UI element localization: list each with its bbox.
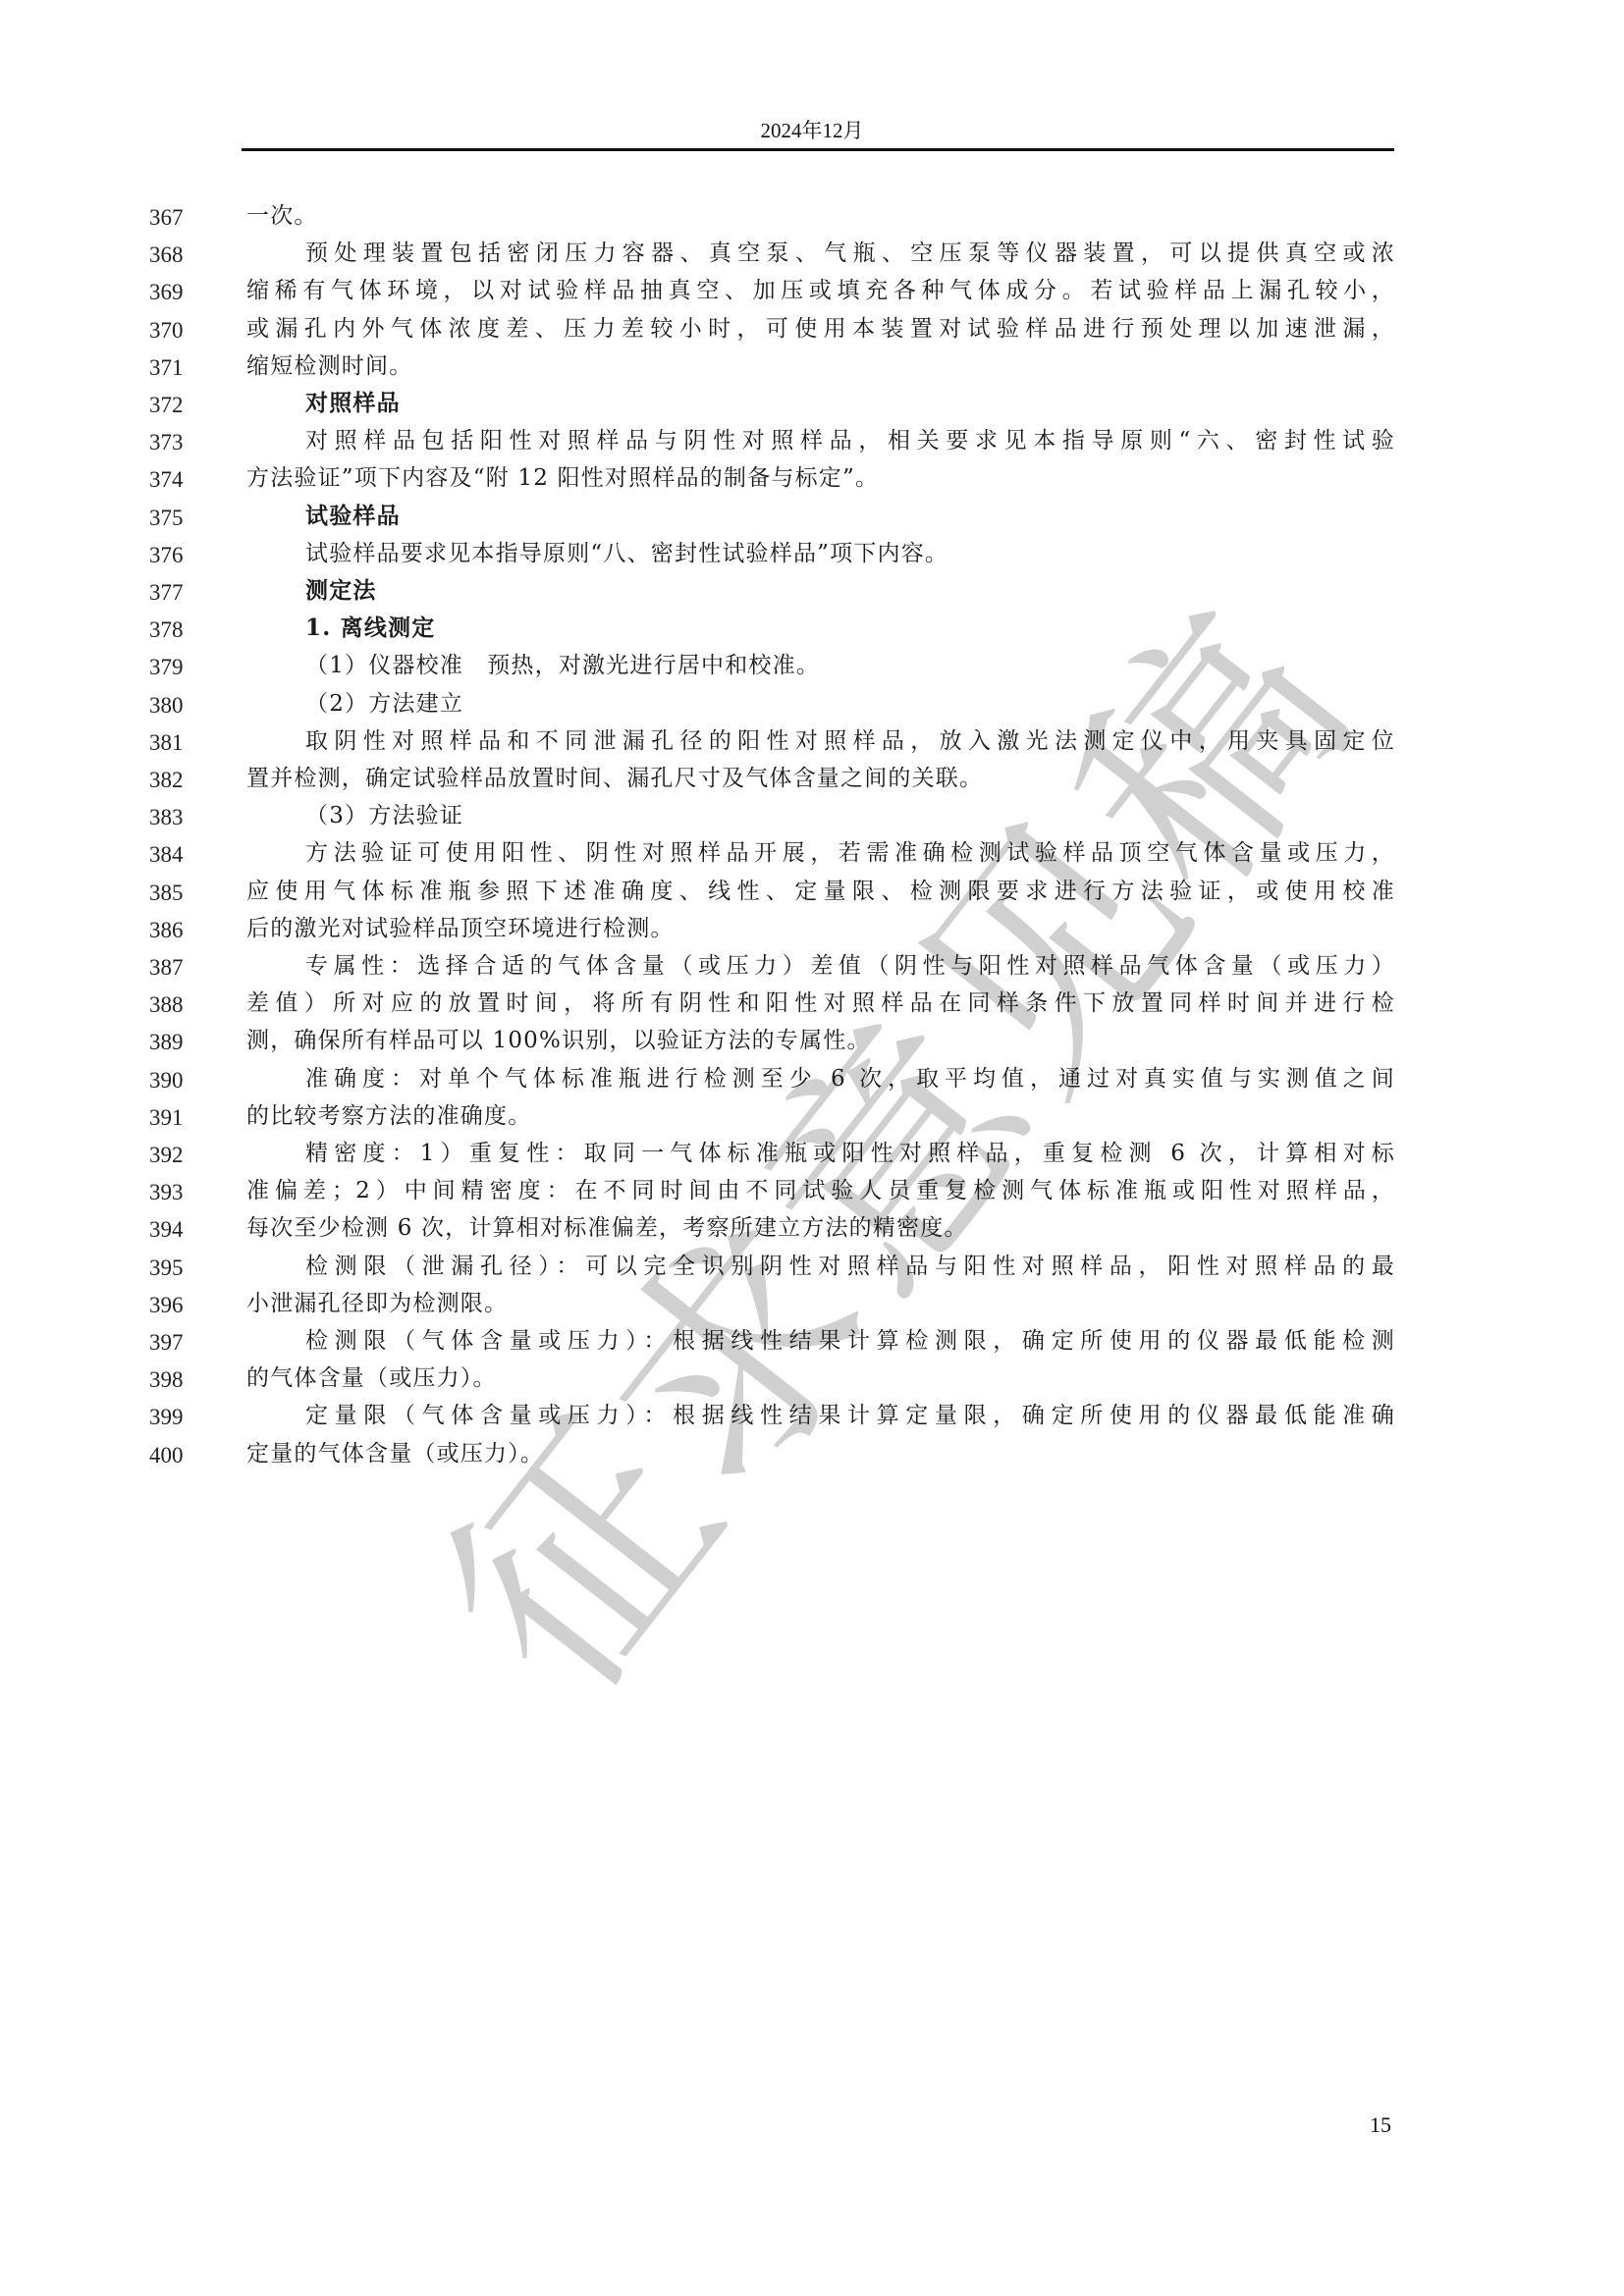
line-number: 379	[149, 655, 208, 680]
paragraph-text: 专属性：选择合适的气体含量（或压力）差值（阴性与阳性对照样品气体含量（或压力）	[305, 949, 1395, 983]
paragraph-text: 小泄漏孔径即为检测限。	[246, 1287, 1395, 1320]
line-number: 396	[149, 1293, 208, 1318]
line-number: 389	[149, 1030, 208, 1055]
document-line: 381取阴性对照样品和不同泄漏孔径的阳性对照样品，放入激光法测定仪中，用夹具固定…	[0, 724, 1624, 764]
document-line: 387专属性：选择合适的气体含量（或压力）差值（阴性与阳性对照样品气体含量（或压…	[0, 949, 1624, 988]
line-number: 371	[149, 355, 208, 381]
paragraph-text: 应使用气体标准瓶参照下述准确度、线性、定量限、检测限要求进行方法验证，或使用校准	[246, 875, 1395, 908]
document-line: 394每次至少检测 6 次，计算相对标准偏差，考察所建立方法的精密度。	[0, 1211, 1624, 1251]
section-heading: 对照样品	[305, 387, 1395, 420]
paragraph-text: 定量限（气体含量或压力）：根据线性结果计算定量限，确定所使用的仪器最低能准确	[305, 1399, 1395, 1432]
paragraph-text: （3）方法验证	[305, 799, 1395, 832]
line-number: 385	[149, 881, 208, 906]
line-number: 392	[149, 1143, 208, 1168]
document-line: 3781. 离线测定	[0, 612, 1624, 651]
paragraph-text: 或漏孔内外气体浓度差、压力差较小时，可使用本装置对试验样品进行预处理以加速泄漏，	[246, 312, 1395, 346]
line-number: 388	[149, 992, 208, 1018]
section-heading: 1. 离线测定	[305, 612, 1395, 645]
document-line: 382置并检测，确定试验样品放置时间、漏孔尺寸及气体含量之间的关联。	[0, 762, 1624, 801]
line-number: 393	[149, 1180, 208, 1205]
line-number: 381	[149, 730, 208, 756]
document-line: 376试验样品要求见本指导原则“八、密封性试验样品”项下内容。	[0, 537, 1624, 576]
line-number: 398	[149, 1367, 208, 1393]
document-line: 372对照样品	[0, 387, 1624, 426]
line-number: 394	[149, 1217, 208, 1243]
paragraph-text: 对照样品包括阳性对照样品与阴性对照样品，相关要求见本指导原则“六、密封性试验	[305, 424, 1395, 457]
line-number: 383	[149, 805, 208, 830]
paragraph-text: 取阴性对照样品和不同泄漏孔径的阳性对照样品，放入激光法测定仪中，用夹具固定位	[305, 724, 1395, 758]
section-heading: 试验样品	[305, 500, 1395, 533]
paragraph-text: 的比较考察方法的准确度。	[246, 1099, 1395, 1133]
document-line: 369缩稀有气体环境，以对试验样品抽真空、加压或填充各种气体成分。若试验样品上漏…	[0, 274, 1624, 313]
paragraph-text: 方法验证可使用阳性、阴性对照样品开展，若需准确检测试验样品顶空气体含量或压力，	[305, 836, 1395, 870]
line-number: 380	[149, 693, 208, 719]
document-line: 389测，确保所有样品可以 100%识别，以验证方法的专属性。	[0, 1024, 1624, 1063]
line-number: 387	[149, 955, 208, 981]
paragraph-text: 定量的气体含量（或压力）。	[246, 1437, 1395, 1470]
paragraph-text: 方法验证”项下内容及“附 12 阳性对照样品的制备与标定”。	[246, 461, 1395, 495]
line-number: 374	[149, 467, 208, 493]
paragraph-text: 测，确保所有样品可以 100%识别，以验证方法的专属性。	[246, 1024, 1395, 1057]
document-line: 379（1）仪器校准 预热，对激光进行居中和校准。	[0, 649, 1624, 688]
document-line: 374方法验证”项下内容及“附 12 阳性对照样品的制备与标定”。	[0, 461, 1624, 501]
page-header-date: 2024年12月	[0, 115, 1624, 144]
line-number: 384	[149, 842, 208, 868]
document-line: 397检测限（气体含量或压力）：根据线性结果计算检测限，确定所使用的仪器最低能检…	[0, 1324, 1624, 1363]
document-line: 384方法验证可使用阳性、阴性对照样品开展，若需准确检测试验样品顶空气体含量或压…	[0, 836, 1624, 876]
line-number: 395	[149, 1255, 208, 1281]
document-line: 373对照样品包括阳性对照样品与阴性对照样品，相关要求见本指导原则“六、密封性试…	[0, 424, 1624, 463]
line-number: 391	[149, 1105, 208, 1131]
paragraph-text: 检测限（泄漏孔径）：可以完全识别阴性对照样品与阳性对照样品，阳性对照样品的最	[305, 1250, 1395, 1283]
document-line: 388差值）所对应的放置时间，将所有阴性和阳性对照样品在同样条件下放置同样时间并…	[0, 987, 1624, 1026]
line-number: 397	[149, 1330, 208, 1356]
document-line: 375试验样品	[0, 500, 1624, 539]
paragraph-text: 准确度：对单个气体标准瓶进行检测至少 6 次，取平均值，通过对真实值与实测值之间	[305, 1062, 1395, 1095]
paragraph-text: 检测限（气体含量或压力）：根据线性结果计算检测限，确定所使用的仪器最低能检测	[305, 1324, 1395, 1358]
paragraph-text: （2）方法建立	[305, 687, 1395, 721]
document-line: 395检测限（泄漏孔径）：可以完全识别阴性对照样品与阳性对照样品，阳性对照样品的…	[0, 1250, 1624, 1289]
paragraph-text: 缩稀有气体环境，以对试验样品抽真空、加压或填充各种气体成分。若试验样品上漏孔较小…	[246, 274, 1395, 307]
line-number: 399	[149, 1405, 208, 1430]
line-number: 370	[149, 318, 208, 344]
line-number: 375	[149, 506, 208, 531]
paragraph-text: 差值）所对应的放置时间，将所有阴性和阳性对照样品在同样条件下放置同样时间并进行检	[246, 987, 1395, 1020]
line-number: 377	[149, 580, 208, 606]
paragraph-text: 的气体含量（或压力）。	[246, 1362, 1395, 1395]
document-line: 385应使用气体标准瓶参照下述准确度、线性、定量限、检测限要求进行方法验证，或使…	[0, 875, 1624, 914]
document-line: 396小泄漏孔径即为检测限。	[0, 1287, 1624, 1326]
paragraph-text: 精密度：1）重复性：取同一气体标准瓶或阳性对照样品，重复检测 6 次，计算相对标	[305, 1137, 1395, 1170]
line-number: 369	[149, 280, 208, 305]
document-line: 400定量的气体含量（或压力）。	[0, 1437, 1624, 1476]
line-number: 386	[149, 918, 208, 943]
document-line: 392精密度：1）重复性：取同一气体标准瓶或阳性对照样品，重复检测 6 次，计算…	[0, 1137, 1624, 1176]
section-heading: 测定法	[305, 574, 1395, 608]
line-number: 372	[149, 393, 208, 418]
document-line: 391的比较考察方法的准确度。	[0, 1099, 1624, 1139]
line-number: 373	[149, 430, 208, 455]
paragraph-text: 预处理装置包括密闭压力容器、真空泵、气瓶、空压泵等仪器装置，可以提供真空或浓	[305, 237, 1395, 270]
document-line: 393准偏差；2）中间精密度：在不同时间由不同试验人员重复检测气体标准瓶或阳性对…	[0, 1174, 1624, 1213]
line-number: 382	[149, 768, 208, 793]
document-line: 367一次。	[0, 199, 1624, 239]
document-line: 390准确度：对单个气体标准瓶进行检测至少 6 次，取平均值，通过对真实值与实测…	[0, 1062, 1624, 1101]
paragraph-text: 置并检测，确定试验样品放置时间、漏孔尺寸及气体含量之间的关联。	[246, 762, 1395, 795]
paragraph-text: 一次。	[246, 199, 1395, 233]
line-number: 390	[149, 1068, 208, 1094]
document-line: 380（2）方法建立	[0, 687, 1624, 726]
page-number: 15	[1370, 2112, 1391, 2138]
paragraph-text: （1）仪器校准 预热，对激光进行居中和校准。	[305, 649, 1395, 682]
document-line: 371缩短检测时间。	[0, 349, 1624, 389]
line-number: 378	[149, 617, 208, 643]
paragraph-text: 试验样品要求见本指导原则“八、密封性试验样品”项下内容。	[305, 537, 1395, 570]
document-line: 377测定法	[0, 574, 1624, 614]
line-number: 367	[149, 205, 208, 231]
paragraph-text: 每次至少检测 6 次，计算相对标准偏差，考察所建立方法的精密度。	[246, 1211, 1395, 1245]
document-line: 368预处理装置包括密闭压力容器、真空泵、气瓶、空压泵等仪器装置，可以提供真空或…	[0, 237, 1624, 276]
paragraph-text: 缩短检测时间。	[246, 349, 1395, 383]
line-number: 400	[149, 1443, 208, 1468]
document-line: 386后的激光对试验样品顶空环境进行检测。	[0, 912, 1624, 951]
document-line: 398的气体含量（或压力）。	[0, 1362, 1624, 1401]
line-number: 376	[149, 543, 208, 568]
paragraph-text: 后的激光对试验样品顶空环境进行检测。	[246, 912, 1395, 945]
document-line: 370或漏孔内外气体浓度差、压力差较小时，可使用本装置对试验样品进行预处理以加速…	[0, 312, 1624, 351]
document-line: 399定量限（气体含量或压力）：根据线性结果计算定量限，确定所使用的仪器最低能准…	[0, 1399, 1624, 1438]
header-rule	[242, 148, 1394, 151]
line-number: 368	[149, 242, 208, 268]
document-line: 383（3）方法验证	[0, 799, 1624, 838]
paragraph-text: 准偏差；2）中间精密度：在不同时间由不同试验人员重复检测气体标准瓶或阳性对照样品…	[246, 1174, 1395, 1207]
